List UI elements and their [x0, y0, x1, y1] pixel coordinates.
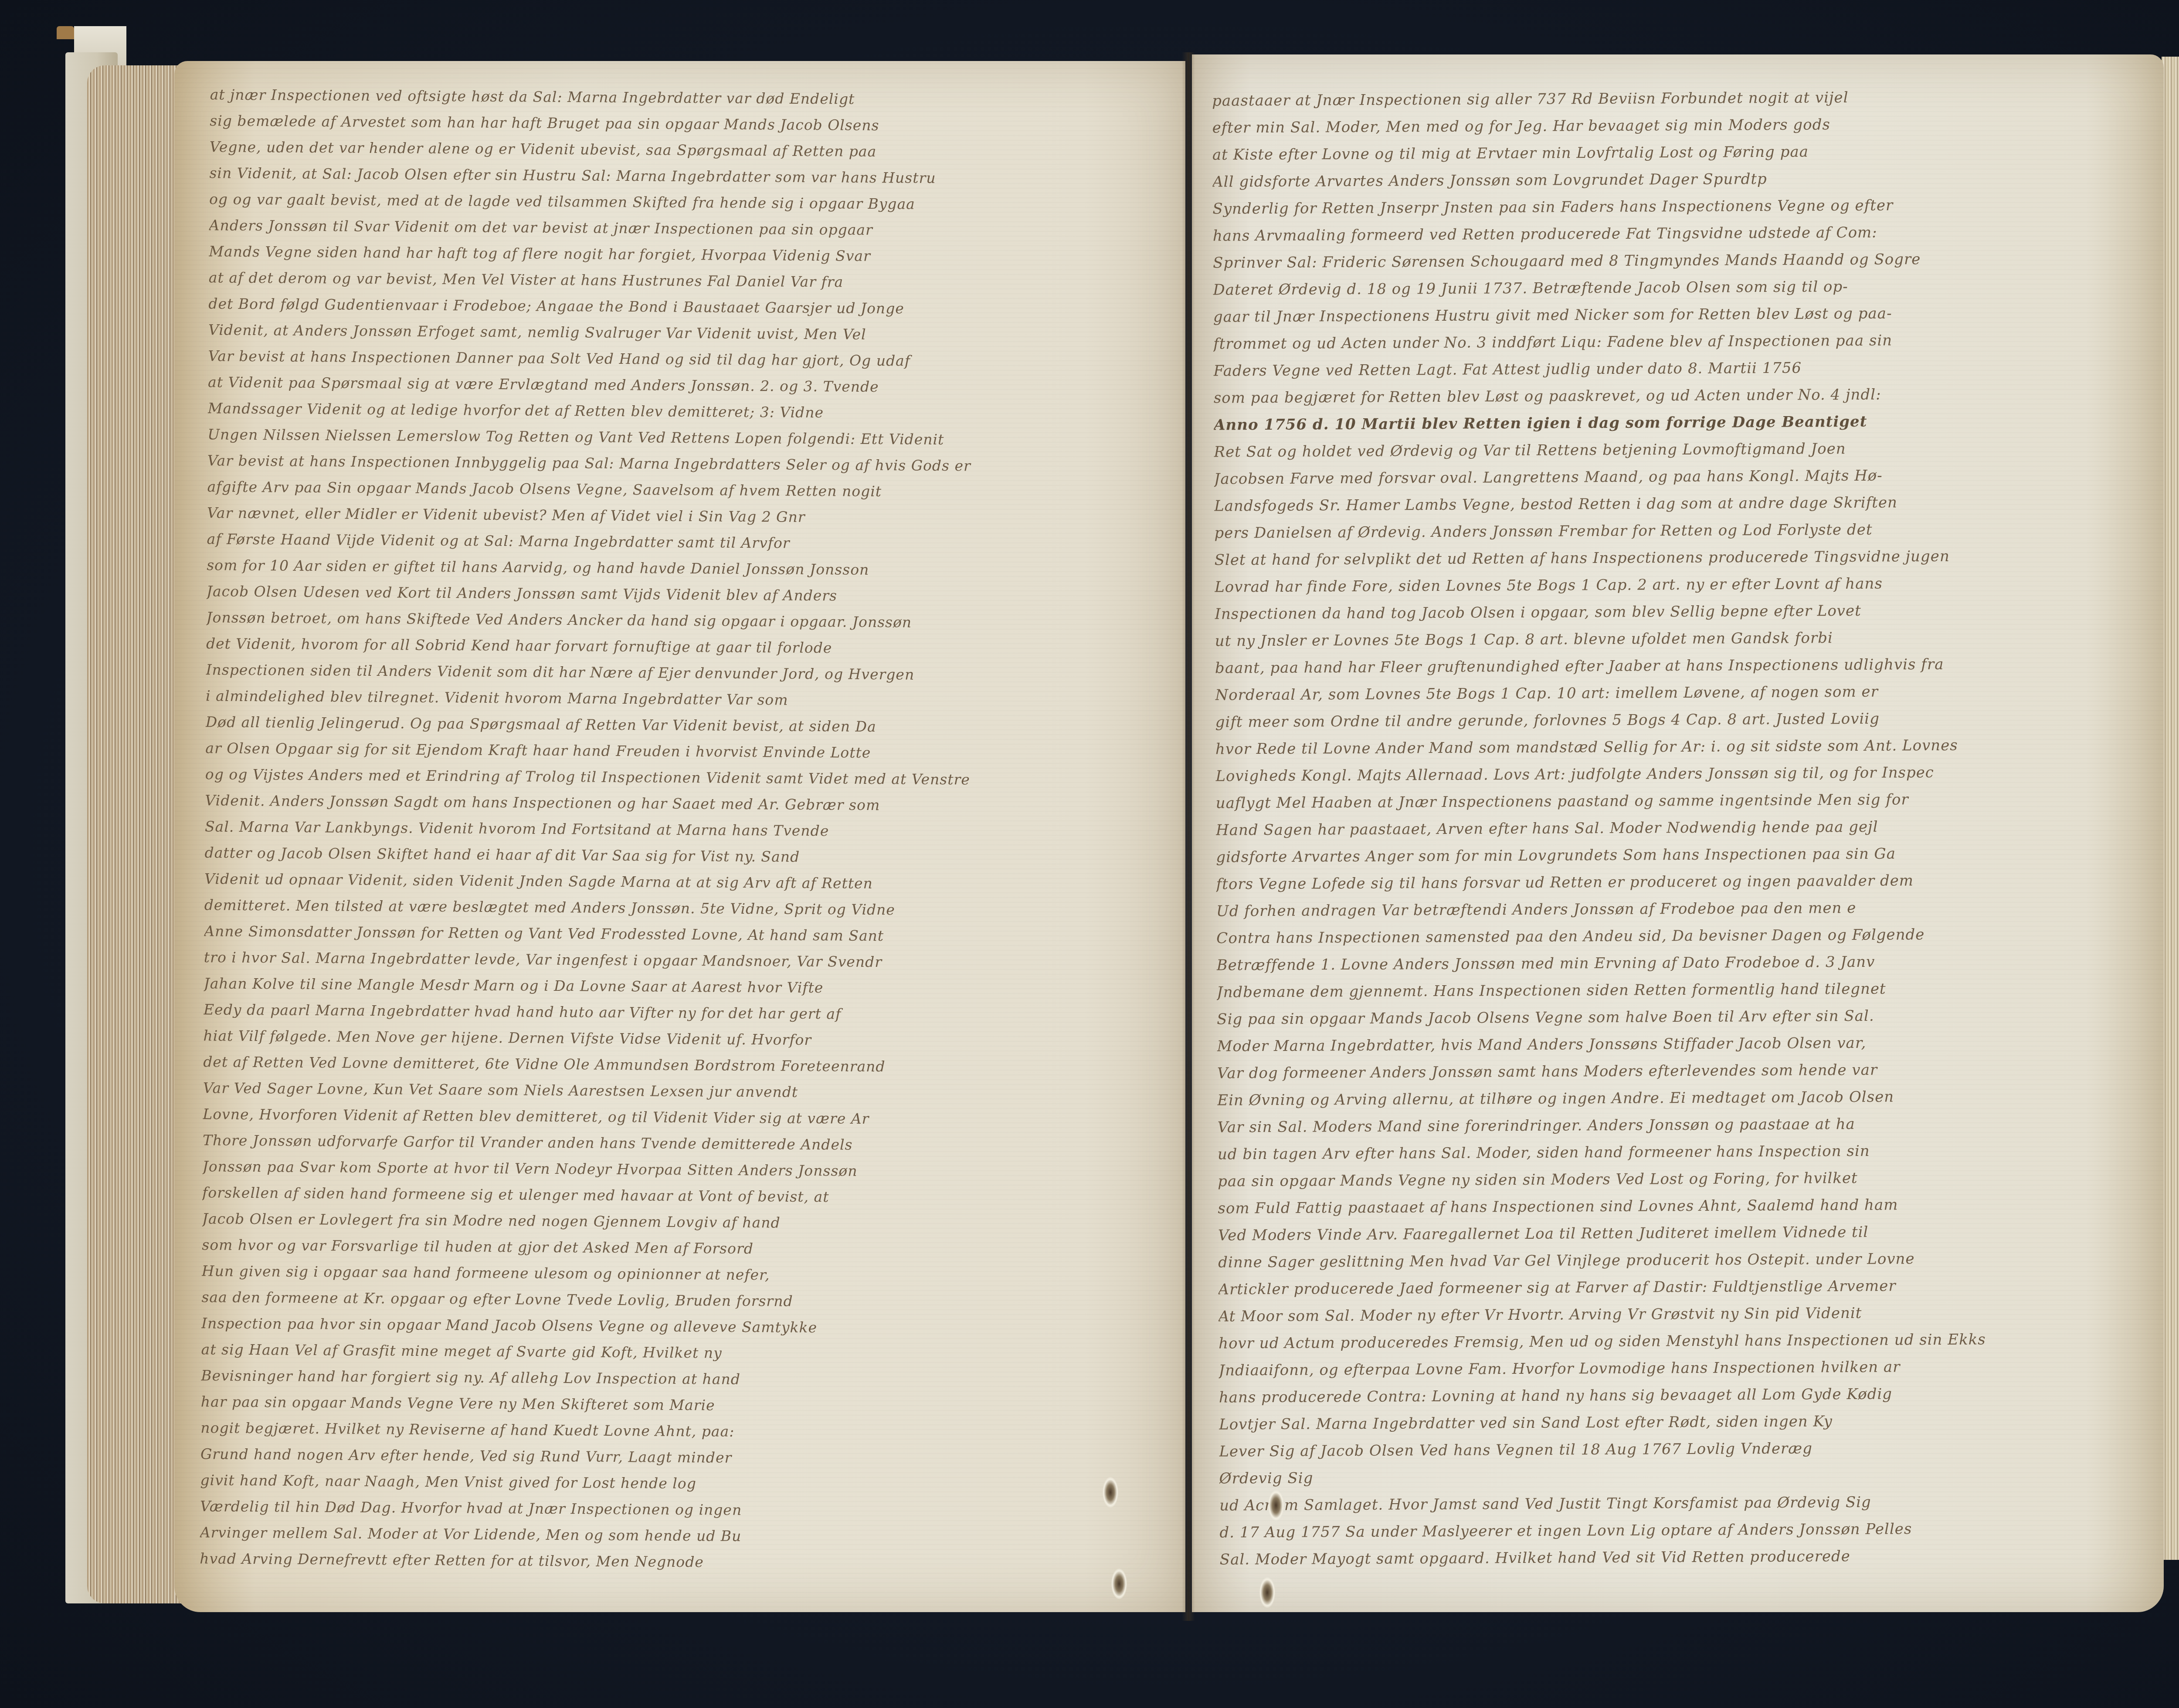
handwritten-line: Sig paa sin opgaar Mands Jacob Olsens Ve… [1217, 1001, 2149, 1033]
handwritten-line: dinne Sager geslittning Men hvad Var Gel… [1218, 1244, 2151, 1276]
page-block-right-edges [2162, 57, 2179, 1560]
handwritten-line: Contra hans Inspectionen samensted paa d… [1216, 920, 2149, 952]
handwritten-line: som paa begjæret for Retten blev Løst og… [1214, 380, 2146, 411]
handwritten-line: ftrommet og ud Acten under No. 3 inddfør… [1213, 325, 2146, 357]
handwritten-line: All gidsforte Arvartes Anders Jonssøn so… [1212, 163, 2145, 195]
pin-hole-damage [1268, 1490, 1284, 1521]
handwritten-line: Artickler producerede Jaed formeener sig… [1218, 1271, 2151, 1303]
page-block-left-edges [87, 65, 183, 1603]
handwritten-line: Jacobsen Farve med forsvar oval. Langret… [1214, 461, 2147, 492]
handwritten-line: Inspectionen da hand tog Jacob Olsen i o… [1215, 596, 2147, 627]
handwritten-line: gidsforte Arvartes Anger som for min Lov… [1216, 839, 2148, 871]
handwritten-line: hans Arvmaaling formeerd ved Retten prod… [1213, 217, 2145, 249]
handwritten-line: Moder Marna Ingebrdatter, hvis Mand Ande… [1217, 1028, 2149, 1060]
handwritten-line: Ved Moders Vinde Arv. Faaregallernet Loa… [1218, 1217, 2151, 1249]
handwritten-line: Landsfogeds Sr. Hamer Lambs Vegne, besto… [1214, 488, 2147, 519]
handwritten-line: ut ny Jnsler er Lovnes 5te Bogs 1 Cap. 8… [1215, 623, 2148, 654]
handwritten-line: Lever Sig af Jacob Olsen Ved hans Vegnen… [1219, 1433, 2152, 1465]
handwritten-line: Lovtjer Sal. Marna Ingebrdatter ved sin … [1219, 1406, 2152, 1438]
handwritten-line: Dateret Ørdevig d. 18 og 19 Junii 1737. … [1213, 271, 2145, 303]
handwritten-line: Hand Sagen har paastaaet, Arven efter ha… [1216, 812, 2148, 844]
handwritten-line: efter min Sal. Moder, Men med og for Jeg… [1212, 109, 2145, 141]
handwritten-line: Jndiaaifonn, og efterpaa Lovne Fam. Hvor… [1218, 1352, 2151, 1384]
handwritten-line: ud Acnum Samlaget. Hvor Jamst sand Ved J… [1219, 1487, 2152, 1519]
handwritten-line: Ud forhen andragen Var betræftendi Ander… [1216, 893, 2149, 925]
handwritten-line: At Moor som Sal. Moder ny efter Vr Hvort… [1218, 1298, 2151, 1330]
book-gutter [1182, 52, 1195, 1621]
handwritten-line: gaar til Jnær Inspectionens Hustru givit… [1213, 298, 2146, 330]
handwritten-line: Lovrad har finde Fore, siden Lovnes 5te … [1215, 569, 2147, 600]
handwritten-line: Ret Sat og holdet ved Ørdevig og Var til… [1214, 434, 2146, 465]
handwritten-line: gift meer som Ordne til andre gerunde, f… [1215, 704, 2148, 735]
handwritten-line: hans producerede Contra: Lovning at hand… [1219, 1379, 2152, 1411]
handwritten-line: Sal. Moder Mayogt samt opgaard. Hvilket … [1220, 1541, 2152, 1573]
handwritten-line: Var dog formeener Anders Jonssøn samt ha… [1217, 1055, 2150, 1087]
handwritten-line: Jndbemane dem gjennemt. Hans Inspectione… [1217, 974, 2149, 1006]
handwritten-line: d. 17 Aug 1757 Sa under Maslyeerer et in… [1219, 1514, 2152, 1546]
handwritten-line: Ørdevig Sig [1219, 1460, 2152, 1492]
pin-hole-damage [1259, 1577, 1275, 1608]
handwritten-line: Var sin Sal. Moders Mand sine forerindri… [1217, 1109, 2150, 1141]
entry-date-heading: Anno 1756 d. 10 Martii blev Retten igien… [1214, 407, 2146, 438]
handwritten-line: ftors Vegne Lofede sig til hans forsvar … [1216, 866, 2149, 898]
handwritten-line: ud bin tagen Arv efter hans Sal. Moder, … [1218, 1136, 2150, 1168]
left-page-handwriting: at jnær Inspectionen ved oftsigte høst d… [200, 81, 1169, 1578]
handwritten-line: Sprinver Sal: Frideric Sørensen Schougaa… [1213, 244, 2145, 276]
handwritten-line: Slet at hand for selvplikt det ud Retten… [1215, 542, 2147, 573]
handwritten-line: Ein Øvning og Arving allernu, at tilhøre… [1217, 1082, 2150, 1114]
pin-hole-damage [1111, 1569, 1127, 1599]
handwritten-line: hovr ud Actum produceredes Fremsig, Men … [1218, 1325, 2151, 1357]
handwritten-line: paa sin opgaar Mands Vegne ny siden sin … [1218, 1163, 2150, 1195]
handwritten-line: Synderlig for Retten Jnserpr Jnsten paa … [1212, 190, 2145, 222]
handwritten-line: at Kiste efter Lovne og til mig at Ervta… [1212, 136, 2145, 168]
right-page-handwriting: paastaaer at Jnær Inspectionen sig aller… [1212, 82, 2152, 1573]
pin-hole-damage [1103, 1477, 1118, 1508]
handwritten-line: paastaaer at Jnær Inspectionen sig aller… [1212, 82, 2145, 114]
handwritten-line: uaflygt Mel Haaben at Jnær Inspectionens… [1216, 785, 2148, 817]
binding-leather-corner [57, 26, 74, 39]
handwritten-line: Norderaal Ar, som Lovnes 5te Bogs 1 Cap.… [1215, 677, 2148, 708]
handwritten-line: baant, paa hand har Fleer gruftenundighe… [1215, 650, 2148, 681]
handwritten-line: hvor Rede til Lovne Ander Mand som mands… [1215, 731, 2148, 762]
handwritten-line: som Fuld Fattig paastaaet af hans Inspec… [1218, 1190, 2150, 1222]
handwritten-line: Faders Vegne ved Retten Lagt. Fat Attest… [1213, 352, 2146, 384]
handwritten-line: pers Danielsen af Ørdevig. Anders Jonssø… [1214, 515, 2147, 546]
handwritten-line: Lovigheds Kongl. Majts Allernaad. Lovs A… [1215, 758, 2148, 790]
handwritten-line: Betræffende 1. Lovne Anders Jonssøn med … [1216, 947, 2149, 979]
